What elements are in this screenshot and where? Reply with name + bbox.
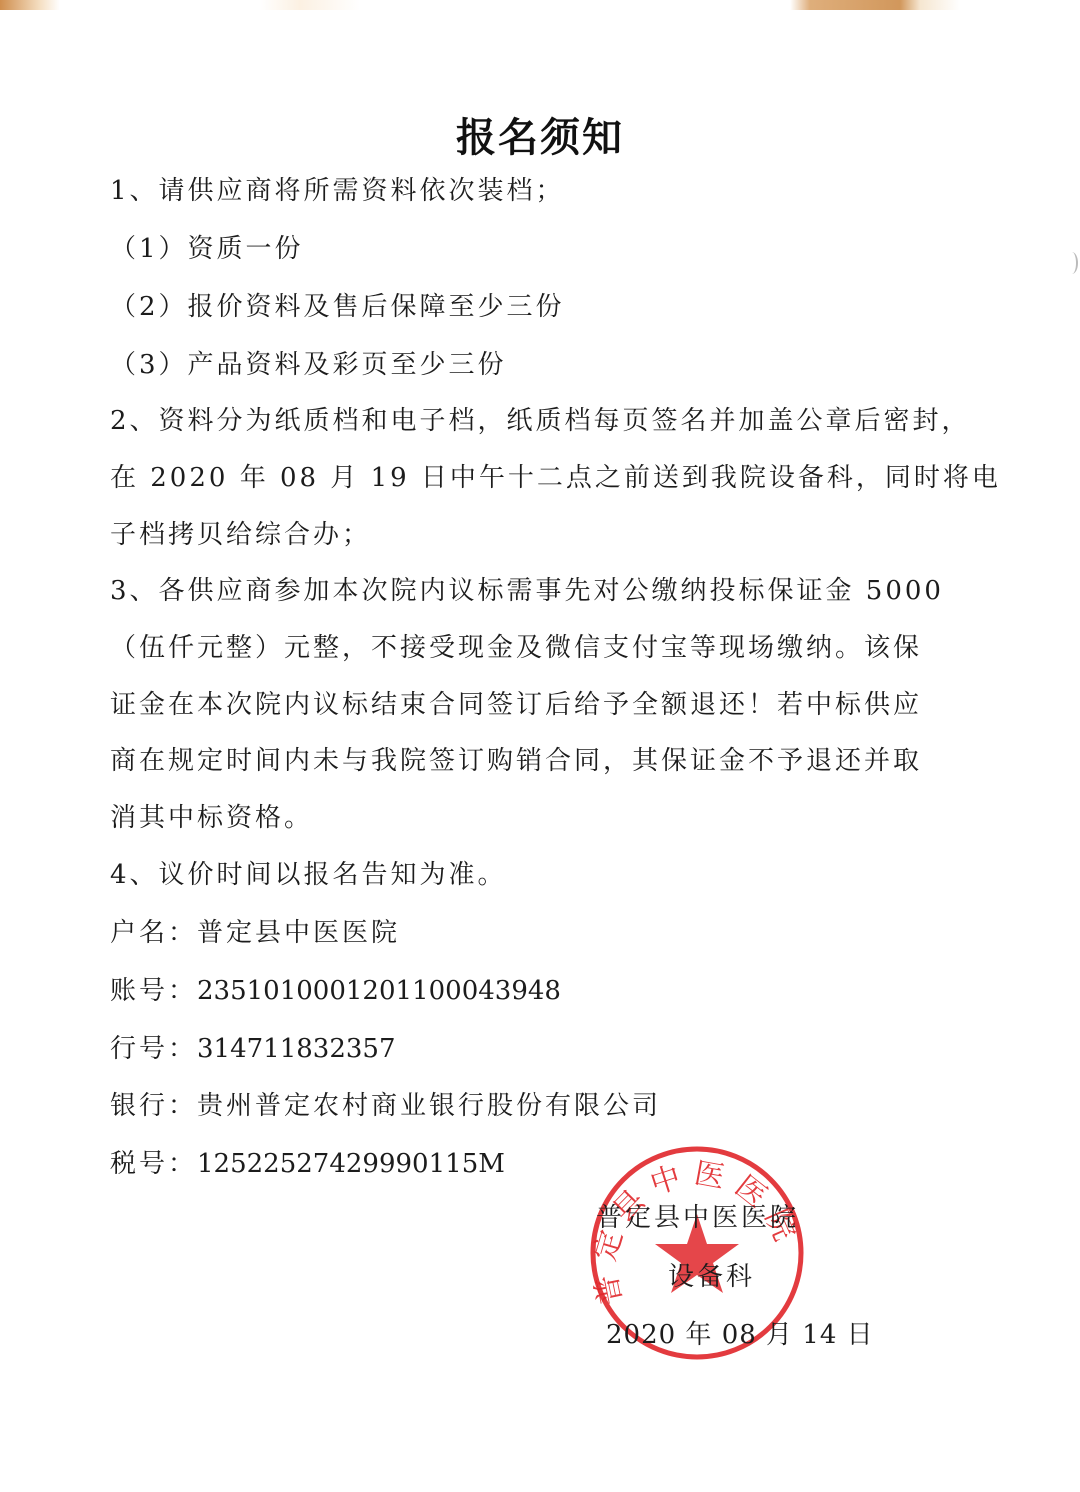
item-2-line-3: 子档拷贝给综合办； [110, 514, 371, 551]
item-1-sub-3: （3）产品资料及彩页至少三份 [110, 344, 507, 381]
item-3-line-5: 消其中标资格。 [110, 797, 313, 834]
item-1: 1、请供应商将所需资料依次装档； [110, 170, 565, 207]
item-1-sub-1: （1）资质一份 [110, 228, 304, 265]
item-2-line-2: 在 2020 年 08 月 19 日中午十二点之前送到我院设备科，同时将电 [110, 457, 1001, 494]
account-name-value: 普定县中医医院 [197, 918, 400, 948]
signature-date: 2020 年 08 月 14 日 [606, 1314, 874, 1351]
bank-code-label: 行号： [110, 1034, 197, 1064]
item-4: 4、议价时间以报名告知为准。 [110, 854, 507, 891]
account-number-row: 账号：2351010001201100043948 [110, 970, 561, 1007]
account-number-value: 2351010001201100043948 [197, 976, 561, 1006]
tax-value: 12522527429990115M [197, 1149, 505, 1179]
bank-code-value: 314711832357 [197, 1034, 396, 1064]
signature-dept: 设备科 [668, 1256, 755, 1293]
bank-label: 银行： [110, 1091, 197, 1121]
account-name-label: 户名： [110, 918, 197, 948]
item-3-line-4: 商在规定时间内未与我院签订购销合同，其保证金不予退还并取 [110, 740, 922, 777]
bank-code-row: 行号：314711832357 [110, 1028, 396, 1065]
scan-artifact-mark [1066, 252, 1078, 274]
account-name-row: 户名：普定县中医医院 [110, 912, 400, 949]
tax-row: 税号：12522527429990115M [110, 1143, 505, 1180]
item-3-line-1: 3、各供应商参加本次院内议标需事先对公缴纳投标保证金 5000 [110, 570, 944, 607]
item-2-line-1: 2、资料分为纸质档和电子档，纸质档每页签名并加盖公章后密封， [110, 400, 971, 437]
scan-top-edge [0, 0, 1080, 10]
bank-value: 贵州普定农村商业银行股份有限公司 [197, 1091, 661, 1121]
item-1-sub-2: （2）报价资料及售后保障至少三份 [110, 286, 565, 323]
tax-label: 税号： [110, 1149, 197, 1179]
bank-row: 银行：贵州普定农村商业银行股份有限公司 [110, 1085, 661, 1122]
signature-org: 普定县中医医院 [596, 1197, 799, 1234]
account-number-label: 账号： [110, 976, 197, 1006]
item-3-line-2: （伍仟元整）元整，不接受现金及微信支付宝等现场缴纳。该保 [110, 627, 922, 664]
page-title: 报名须知 [0, 106, 1080, 163]
item-3-line-3: 证金在本次院内议标结束合同签订后给予全额退还！若中标供应 [110, 684, 922, 721]
